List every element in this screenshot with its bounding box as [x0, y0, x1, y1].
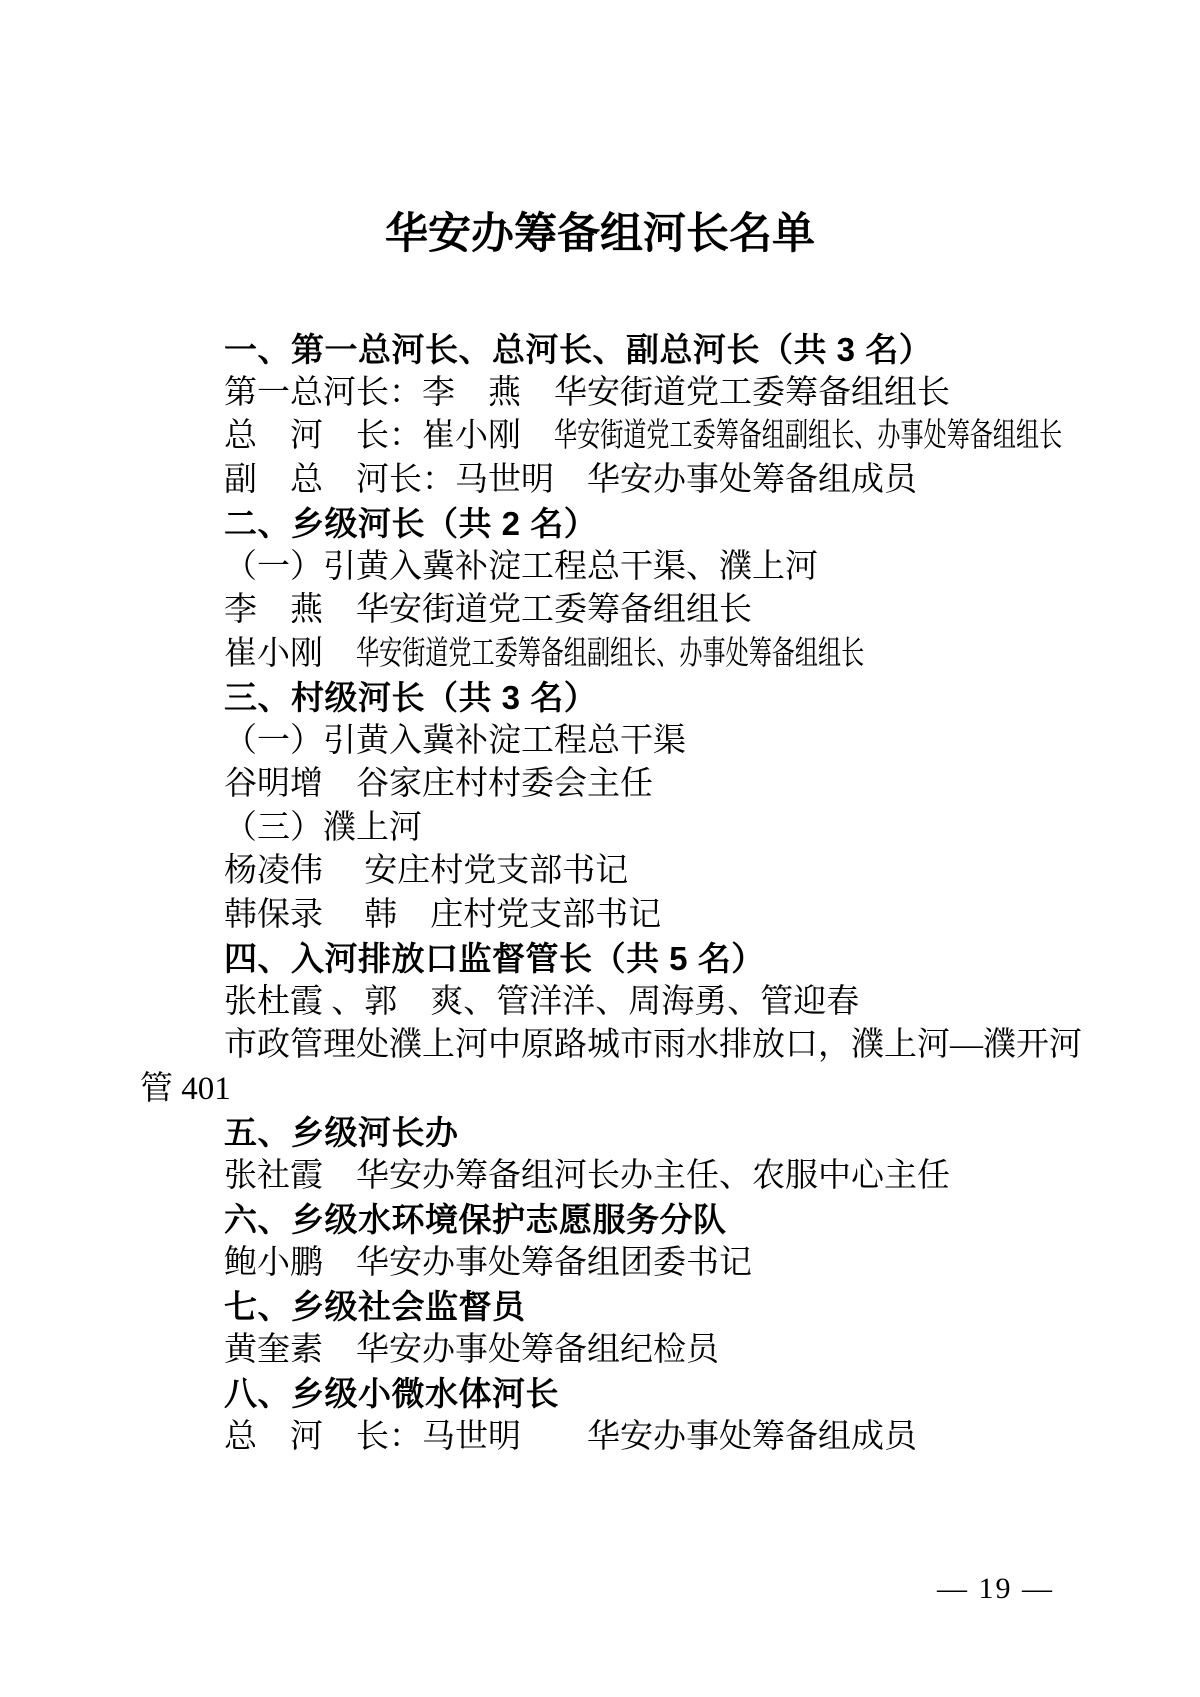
- document-body: 一、第一总河长、总河长、副总河长（共 3 名）第一总河长：李 燕 华安街道党工委…: [140, 328, 1070, 1459]
- section-heading: 五、乡级河长办: [140, 1111, 1070, 1155]
- text-line: 杨凌伟 安庄村党支部书记: [140, 850, 1070, 894]
- text-line: 第一总河长：李 燕 华安街道党工委筹备组组长: [140, 372, 1070, 416]
- text-run: （三）濮上河: [224, 810, 422, 846]
- text-run: 七、乡级社会监督员: [224, 1288, 526, 1325]
- text-line: 总 河 长：崔小刚 华安街道党工委筹备组副组长、办事处筹备组组长: [140, 415, 1070, 459]
- document-page: 华安办筹备组河长名单 一、第一总河长、总河长、副总河长（共 3 名）第一总河长：…: [0, 0, 1200, 1697]
- text-run: 管 401: [140, 1071, 231, 1107]
- text-run: 谷明增 谷家庄村村委会主任: [224, 766, 653, 802]
- text-line: 谷明增 谷家庄村村委会主任: [140, 763, 1070, 807]
- text-run: 黄奎素 华安办事处筹备组纪检员: [224, 1332, 719, 1368]
- section-heading: 三、村级河长（共 3 名）: [140, 676, 1070, 720]
- text-run: 市政管理处濮上河中原路城市雨水排放口，濮上河—濮开河: [224, 1027, 1082, 1063]
- text-run: 崔小刚: [224, 636, 356, 672]
- text-line: 韩保录 韩 庄村党支部书记: [140, 894, 1070, 938]
- text-line: 总 河 长：马世明 华安办事处筹备组成员: [140, 1416, 1070, 1460]
- text-line: （三）濮上河: [140, 807, 1070, 851]
- text-line: 李 燕 华安街道党工委筹备组组长: [140, 589, 1070, 633]
- section-heading: 六、乡级水环境保护志愿服务分队: [140, 1198, 1070, 1242]
- text-line: 副 总 河长：马世明 华安办事处筹备组成员: [140, 459, 1070, 503]
- text-run: 六、乡级水环境保护志愿服务分队: [224, 1201, 727, 1238]
- text-line: 黄奎素 华安办事处筹备组纪检员: [140, 1329, 1070, 1373]
- condensed-text-run: 华安街道党工委筹备组副组长、办事处筹备组组长: [356, 633, 864, 677]
- text-line: 张社霞 华安办筹备组河长办主任、农服中心主任: [140, 1155, 1070, 1199]
- document-title: 华安办筹备组河长名单: [0, 200, 1200, 261]
- text-run: 总 河 长：马世明 华安办事处筹备组成员: [224, 1419, 917, 1455]
- text-run: 第一总河长：李 燕 华安街道党工委筹备组组长: [224, 375, 950, 411]
- text-run: 三、村级河长（共 3 名）: [224, 679, 597, 716]
- section-heading: 二、乡级河长（共 2 名）: [140, 502, 1070, 546]
- text-line: 市政管理处濮上河中原路城市雨水排放口，濮上河—濮开河: [140, 1024, 1070, 1068]
- text-run: 鲍小鹏 华安办事处筹备组团委书记: [224, 1245, 752, 1281]
- section-heading: 七、乡级社会监督员: [140, 1285, 1070, 1329]
- text-run: 韩保录 韩 庄村党支部书记: [224, 897, 661, 933]
- text-run: 一、第一总河长、总河长、副总河长（共 3 名）: [224, 331, 932, 368]
- text-run: 张杜霞 、郭 爽、管洋洋、周海勇、管迎春: [224, 984, 859, 1020]
- text-line: 鲍小鹏 华安办事处筹备组团委书记: [140, 1242, 1070, 1286]
- text-run: 四、入河排放口监督管长（共 5 名）: [224, 940, 765, 977]
- text-run: 五、乡级河长办: [224, 1114, 459, 1151]
- page-number: — 19 —: [937, 1572, 1054, 1606]
- text-run: 总 河 长：崔小刚: [224, 418, 554, 454]
- text-run: 张社霞 华安办筹备组河长办主任、农服中心主任: [224, 1158, 950, 1194]
- text-line: 张杜霞 、郭 爽、管洋洋、周海勇、管迎春: [140, 981, 1070, 1025]
- text-line: （一）引黄入冀补淀工程总干渠: [140, 720, 1070, 764]
- text-run: 副 总 河长：马世明 华安办事处筹备组成员: [224, 462, 917, 498]
- section-heading: 四、入河排放口监督管长（共 5 名）: [140, 937, 1070, 981]
- text-line: （一）引黄入冀补淀工程总干渠、濮上河: [140, 546, 1070, 590]
- condensed-text-run: 华安街道党工委筹备组副组长、办事处筹备组组长: [554, 415, 1062, 459]
- section-heading: 八、乡级小微水体河长: [140, 1372, 1070, 1416]
- text-line-continuation: 管 401: [140, 1068, 1070, 1112]
- section-heading: 一、第一总河长、总河长、副总河长（共 3 名）: [140, 328, 1070, 372]
- text-run: （一）引黄入冀补淀工程总干渠、濮上河: [224, 549, 818, 585]
- text-run: 杨凌伟 安庄村党支部书记: [224, 853, 628, 889]
- text-line: 崔小刚 华安街道党工委筹备组副组长、办事处筹备组组长: [140, 633, 1070, 677]
- text-run: 八、乡级小微水体河长: [224, 1375, 559, 1412]
- text-run: 李 燕 华安街道党工委筹备组组长: [224, 592, 752, 628]
- text-run: 二、乡级河长（共 2 名）: [224, 505, 597, 542]
- text-run: （一）引黄入冀补淀工程总干渠: [224, 723, 686, 759]
